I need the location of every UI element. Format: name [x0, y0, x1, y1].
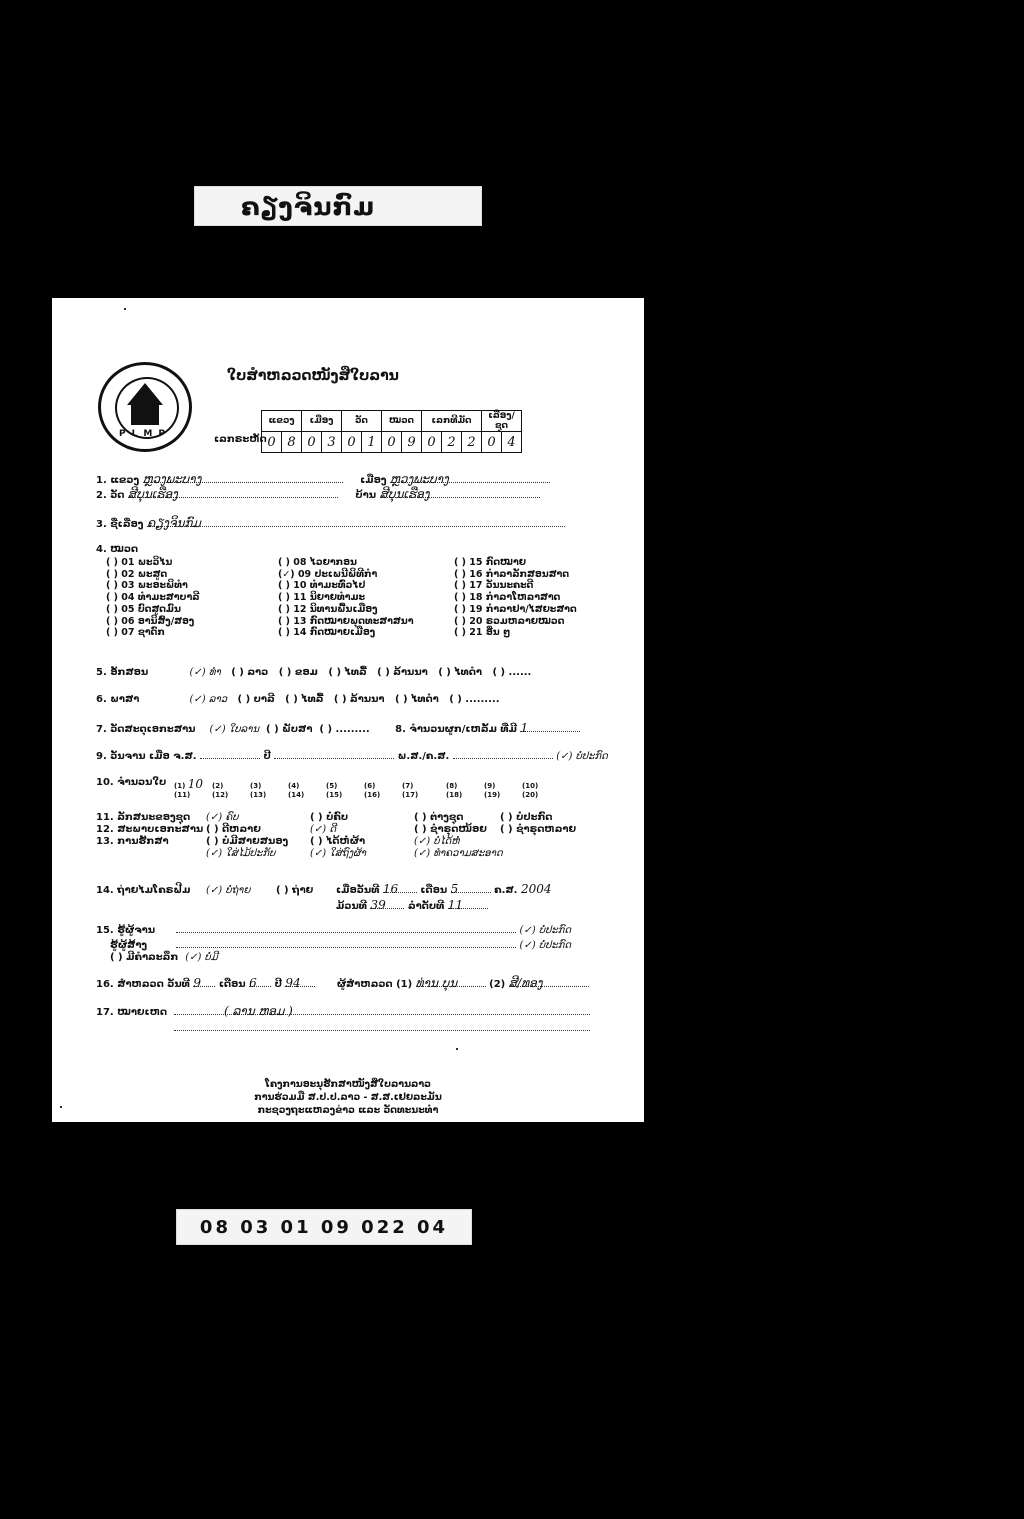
remarks-row: 17. ໝາຍເຫດ( ລານ ຫອມ ) [96, 1004, 590, 1036]
manuscript-title-row: 3. ຊື່ເລື່ອງ ຄຽງຈິນກົມ [96, 516, 565, 530]
footer-line: ໂຄງການອະນຸຮັກສາໜັງສືໃບລານລາວ [52, 1078, 644, 1091]
category-column-3: ( ) 15 ກົດໝາຍ ( ) 16 ກຳລາລັກສອນສາດ ( ) 1… [454, 557, 577, 639]
code-digit: 1 [362, 432, 382, 453]
script-option[interactable]: ( ) ລາວ [231, 667, 268, 678]
code-digit: 0 [302, 432, 322, 453]
code-digit: 2 [462, 432, 482, 453]
code-digit: 0 [382, 432, 402, 453]
copy-date-row: 9. ວັນຈານ ເມື່ອ ຈ.ສ. ປີ ພ.ສ./ຄ.ສ. (✓) ບໍ… [96, 748, 608, 762]
language-option[interactable]: ( ) ໄທດຳ [395, 694, 439, 705]
category-option[interactable]: ( ) 13 ກົດໝາຍພຸດທະສາສນາ [278, 616, 414, 628]
category-column-2: ( ) 08 ໄວຍາກອນ (✓) 09 ປະເພນີພິທີກຳ ( ) 1… [278, 557, 414, 639]
script-option[interactable]: ( ) ລ້ານນາ [377, 667, 428, 678]
province-row: 1. ແຂວງ ຫຼວງພະບາງ ເມືອງ ຫຼວງພະບາງ [96, 472, 550, 486]
microfilm-option-checked[interactable]: (✓) ບໍ່ຖ່າຍ [206, 884, 276, 898]
leaves-row: 10. ຈຳນວນໃບ [96, 777, 166, 788]
condition-option[interactable]: ( ) ຊຳຣຸດໜ້ອຍ [414, 824, 500, 836]
temple-value: ສີບຸນເຮືອງ [128, 487, 178, 501]
code-digit: 0 [422, 432, 442, 453]
sponsor-unknown-checked[interactable]: (✓) ບໍ່ປະກົດ [519, 940, 571, 951]
category-option[interactable]: ( ) 12 ນິທານພື້ນເມືອງ [278, 604, 414, 616]
language-option[interactable]: ( ) ລ້ານນາ [334, 694, 385, 705]
category-option[interactable]: ( ) 15 ກົດໝາຍ [454, 557, 577, 569]
category-option[interactable]: ( ) 05 ບົດສູດມົນ [106, 604, 200, 616]
code-digit: 9 [402, 432, 422, 453]
category-option[interactable]: ( ) 21 ອື່ນ ໆ [454, 627, 577, 639]
language-option[interactable]: ( ) ບາລີ [238, 694, 275, 705]
bottom-code-text: 08 03 01 09 022 04 [200, 1217, 448, 1238]
microfilm-sequence: 11 [448, 898, 463, 912]
language-option[interactable]: ( ) ......... [449, 694, 499, 705]
category-option[interactable]: ( ) 16 ກຳລາລັກສອນສາດ [454, 569, 577, 581]
script-row: 5. ອັກສອນ (✓) ທຳ ( ) ລາວ ( ) ຂອມ ( ) ໄທລ… [96, 667, 531, 678]
microfilm-day: 16 [383, 882, 398, 896]
preservation-option-checked[interactable]: (✓) ໃສ່ຖົງຜ້າ [310, 848, 414, 860]
condition-option[interactable]: ( ) ດີຫລາຍ [206, 824, 310, 836]
category-option[interactable]: ( ) 04 ທຳມະສາບາລີ [106, 592, 200, 604]
fascicles-value: 1 [520, 721, 528, 735]
leaves-value-1: 10 [188, 777, 203, 791]
footer-line: ກະຊວງຖະແຫລງຂ່າວ ແລະ ວັດທະນະທຳ [52, 1104, 644, 1117]
category-label: 4. ໝວດ [96, 544, 138, 555]
completeness-option-checked[interactable]: (✓) ຄົບ [206, 812, 310, 824]
microfilm-option[interactable]: ( ) ຖ່າຍ [276, 884, 336, 898]
category-option[interactable]: ( ) 20 ຣວມຫລາຍໝວດ [454, 616, 577, 628]
survey-month: 6 [249, 976, 257, 990]
completeness-option[interactable]: ( ) ບໍ່ຄົບ [310, 812, 414, 824]
code-table: ແຂວງ ເມືອງ ວັດ ໝວດ ເລກທີມັດ ເລື່ອງ/ຊຸດ 0… [261, 410, 522, 453]
survey-row: 16. ສຳຫລວດ ວັນທີ 9 ເດືອນ 6 ປີ 94 ຜູ້ສຳຫລ… [96, 976, 589, 990]
completeness-option[interactable]: ( ) ບໍ່ປະກົດ [500, 812, 553, 823]
completeness-block: 11. ລັກສນະຂອງຊຸດ(✓) ຄົບ( ) ບໍ່ຄົບ( ) ຕ່າ… [96, 812, 576, 860]
category-option[interactable]: ( ) 14 ກົດໝາຍເມືອງ [278, 627, 414, 639]
language-row: 6. ພາສາ (✓) ລາວ ( ) ບາລີ ( ) ໄທລື້ ( ) ລ… [96, 694, 500, 705]
code-header: ໝວດ [382, 411, 422, 432]
province-value: ຫຼວງພະບາງ [143, 472, 202, 486]
category-option[interactable]: ( ) 07 ຊາດົກ [106, 627, 200, 639]
code-header: ແຂວງ [262, 411, 302, 432]
category-option[interactable]: ( ) 03 ພະອະພິທຳ [106, 580, 200, 592]
code-digit: 0 [482, 432, 502, 453]
material-row: 7. ວັດສະດຸເອກະສານ (✓) ໃບລານ ( ) ພັບສາ ( … [96, 721, 580, 735]
footer-line: ການຮ່ວມມື ສ.ປ.ປ.ລາວ - ສ.ສ.ເຢຍລະມັນ [52, 1091, 644, 1104]
copy-date-unknown-checked[interactable]: (✓) ບໍ່ປະກົດ [556, 751, 608, 762]
condition-option-checked[interactable]: (✓) ດີ [310, 824, 414, 836]
category-option[interactable]: ( ) 08 ໄວຍາກອນ [278, 557, 414, 569]
preservation-option-checked[interactable]: (✓) ບໍ່ໄດ້ຫໍ່ [414, 836, 459, 847]
leaves-grid: (1) 10(2)(3)(4)(5)(6)(7)(8)(9)(10) (11)(… [174, 777, 538, 799]
preservation-option-checked[interactable]: (✓) ໃສ່ໄມ້ປະກັບ [206, 848, 310, 860]
category-option[interactable]: ( ) 18 ກຳລາໂຫລາສາດ [454, 592, 577, 604]
surveyor-2: ສີ/ທອງ [509, 976, 543, 990]
code-header: ເມືອງ [302, 411, 342, 432]
code-header: ເລກທີມັດ [422, 411, 482, 432]
preservation-option[interactable]: ( ) ໄດ້ຫໍ່ຜ້າ [310, 836, 414, 848]
language-option-checked[interactable]: (✓) ລາວ [189, 694, 227, 705]
category-option[interactable]: ( ) 02 ພະສູດ [106, 569, 200, 581]
footer-organization: ໂຄງການອະນຸຮັກສາໜັງສືໃບລານລາວ ການຮ່ວມມື ສ… [52, 1078, 644, 1117]
code-label: ເລກຣະຫັດ [214, 434, 267, 445]
remarks-value: ( ລານ ຫອມ ) [224, 1004, 293, 1018]
material-option-checked[interactable]: (✓) ໃບລານ [209, 724, 259, 735]
code-digit: 0 [262, 432, 282, 453]
condition-option[interactable]: ( ) ຊຳຣຸດຫລາຍ [500, 824, 576, 835]
code-digit: 4 [502, 432, 522, 453]
category-option[interactable]: ( ) 01 ພະວິໄນ [106, 557, 200, 569]
manuscript-title-value: ຄຽງຈິນກົມ [147, 516, 201, 530]
completeness-option[interactable]: ( ) ຕ່າງຊຸດ [414, 812, 500, 824]
script-option[interactable]: ( ) ຂອມ [279, 667, 318, 678]
category-option-checked[interactable]: (✓) 09 ປະເພນີພິທີກຳ [278, 569, 414, 581]
plmp-logo-icon: PLMP [98, 362, 192, 452]
preservation-option[interactable]: ( ) ບໍ່ມີສາຍສນອງ [206, 836, 310, 848]
code-header: ວັດ [342, 411, 382, 432]
category-option[interactable]: ( ) 10 ທຳມະທົ່ວໄປ [278, 580, 414, 592]
category-option[interactable]: ( ) 17 ວັນນະຄະດີ [454, 580, 577, 592]
script-option[interactable]: ( ) ...... [492, 667, 531, 678]
scribe-unknown-checked[interactable]: (✓) ບໍ່ປະກົດ [519, 925, 571, 936]
material-option[interactable]: ( ) ......... [319, 724, 369, 735]
code-digit: 8 [282, 432, 302, 453]
category-option[interactable]: ( ) 06 ອານິສົງ/ສອງ [106, 616, 200, 628]
survey-form-page: PLMP ໃບສຳຫລວດໜັງສືໃບລານ ເລກຣະຫັດ ແຂວງ ເມ… [52, 298, 644, 1122]
category-column-1: ( ) 01 ພະວິໄນ ( ) 02 ພະສູດ ( ) 03 ພະອະພິ… [106, 557, 200, 639]
top-label-text: ຄຽງຈິນກົມ [241, 192, 375, 221]
microfilm-roll: 39 [370, 898, 385, 912]
form-title: ໃບສຳຫລວດໜັງສືໃບລານ [227, 368, 399, 384]
code-digit: 0 [342, 432, 362, 453]
code-header: ເລື່ອງ/ຊຸດ [482, 411, 522, 432]
village-value: ສີບຸນເຮືອງ [380, 487, 430, 501]
top-title-label: ຄຽງຈິນກົມ [194, 186, 482, 226]
colophon-option[interactable]: ( ) ມີຄຳລະລຶກ [110, 952, 178, 963]
microfilm-row: 14. ຖ່າຍໄມໂຄຣຟີມ(✓) ບໍ່ຖ່າຍ( ) ຖ່າຍເມື່ອ… [96, 882, 551, 914]
code-digit: 2 [442, 432, 462, 453]
scribe-block: 15. ຮູ້ຜູ້ຈານ (✓) ບໍ່ປະກົດ ຮູ້ຜູ້ສ້າງ (✓… [96, 922, 571, 964]
district-value: ຫຼວງພະບາງ [390, 472, 449, 486]
language-option[interactable]: ( ) ໄທລື້ [285, 694, 323, 705]
preservation-option-checked[interactable]: (✓) ທຳຄວາມສະອາດ [414, 848, 503, 859]
script-option[interactable]: ( ) ໄທດຳ [438, 667, 482, 678]
script-option[interactable]: ( ) ໄທລື້ [328, 667, 366, 678]
bottom-code-label: 08 03 01 09 022 04 [176, 1209, 472, 1245]
temple-row: 2. ວັດ ສີບຸນເຮືອງ ບ້ານ ສີບຸນເຮືອງ [96, 487, 540, 501]
code-digit: 3 [322, 432, 342, 453]
survey-year: 94 [285, 976, 300, 990]
survey-day: 9 [193, 976, 201, 990]
microfilm-month: 5 [451, 882, 459, 896]
category-option[interactable]: ( ) 19 ກຳລາຢາ/ໄສຍະສາດ [454, 604, 577, 616]
category-option[interactable]: ( ) 11 ນິຍາຍທຳມະ [278, 592, 414, 604]
colophon-none-checked[interactable]: (✓) ບໍ່ມີ [185, 952, 218, 963]
material-option[interactable]: ( ) ພັບສາ [266, 724, 312, 735]
surveyor-1: ທ່ານ ບຸນ [416, 976, 457, 990]
microfilm-year: 2004 [521, 882, 552, 896]
script-option-checked[interactable]: (✓) ທຳ [189, 667, 220, 678]
